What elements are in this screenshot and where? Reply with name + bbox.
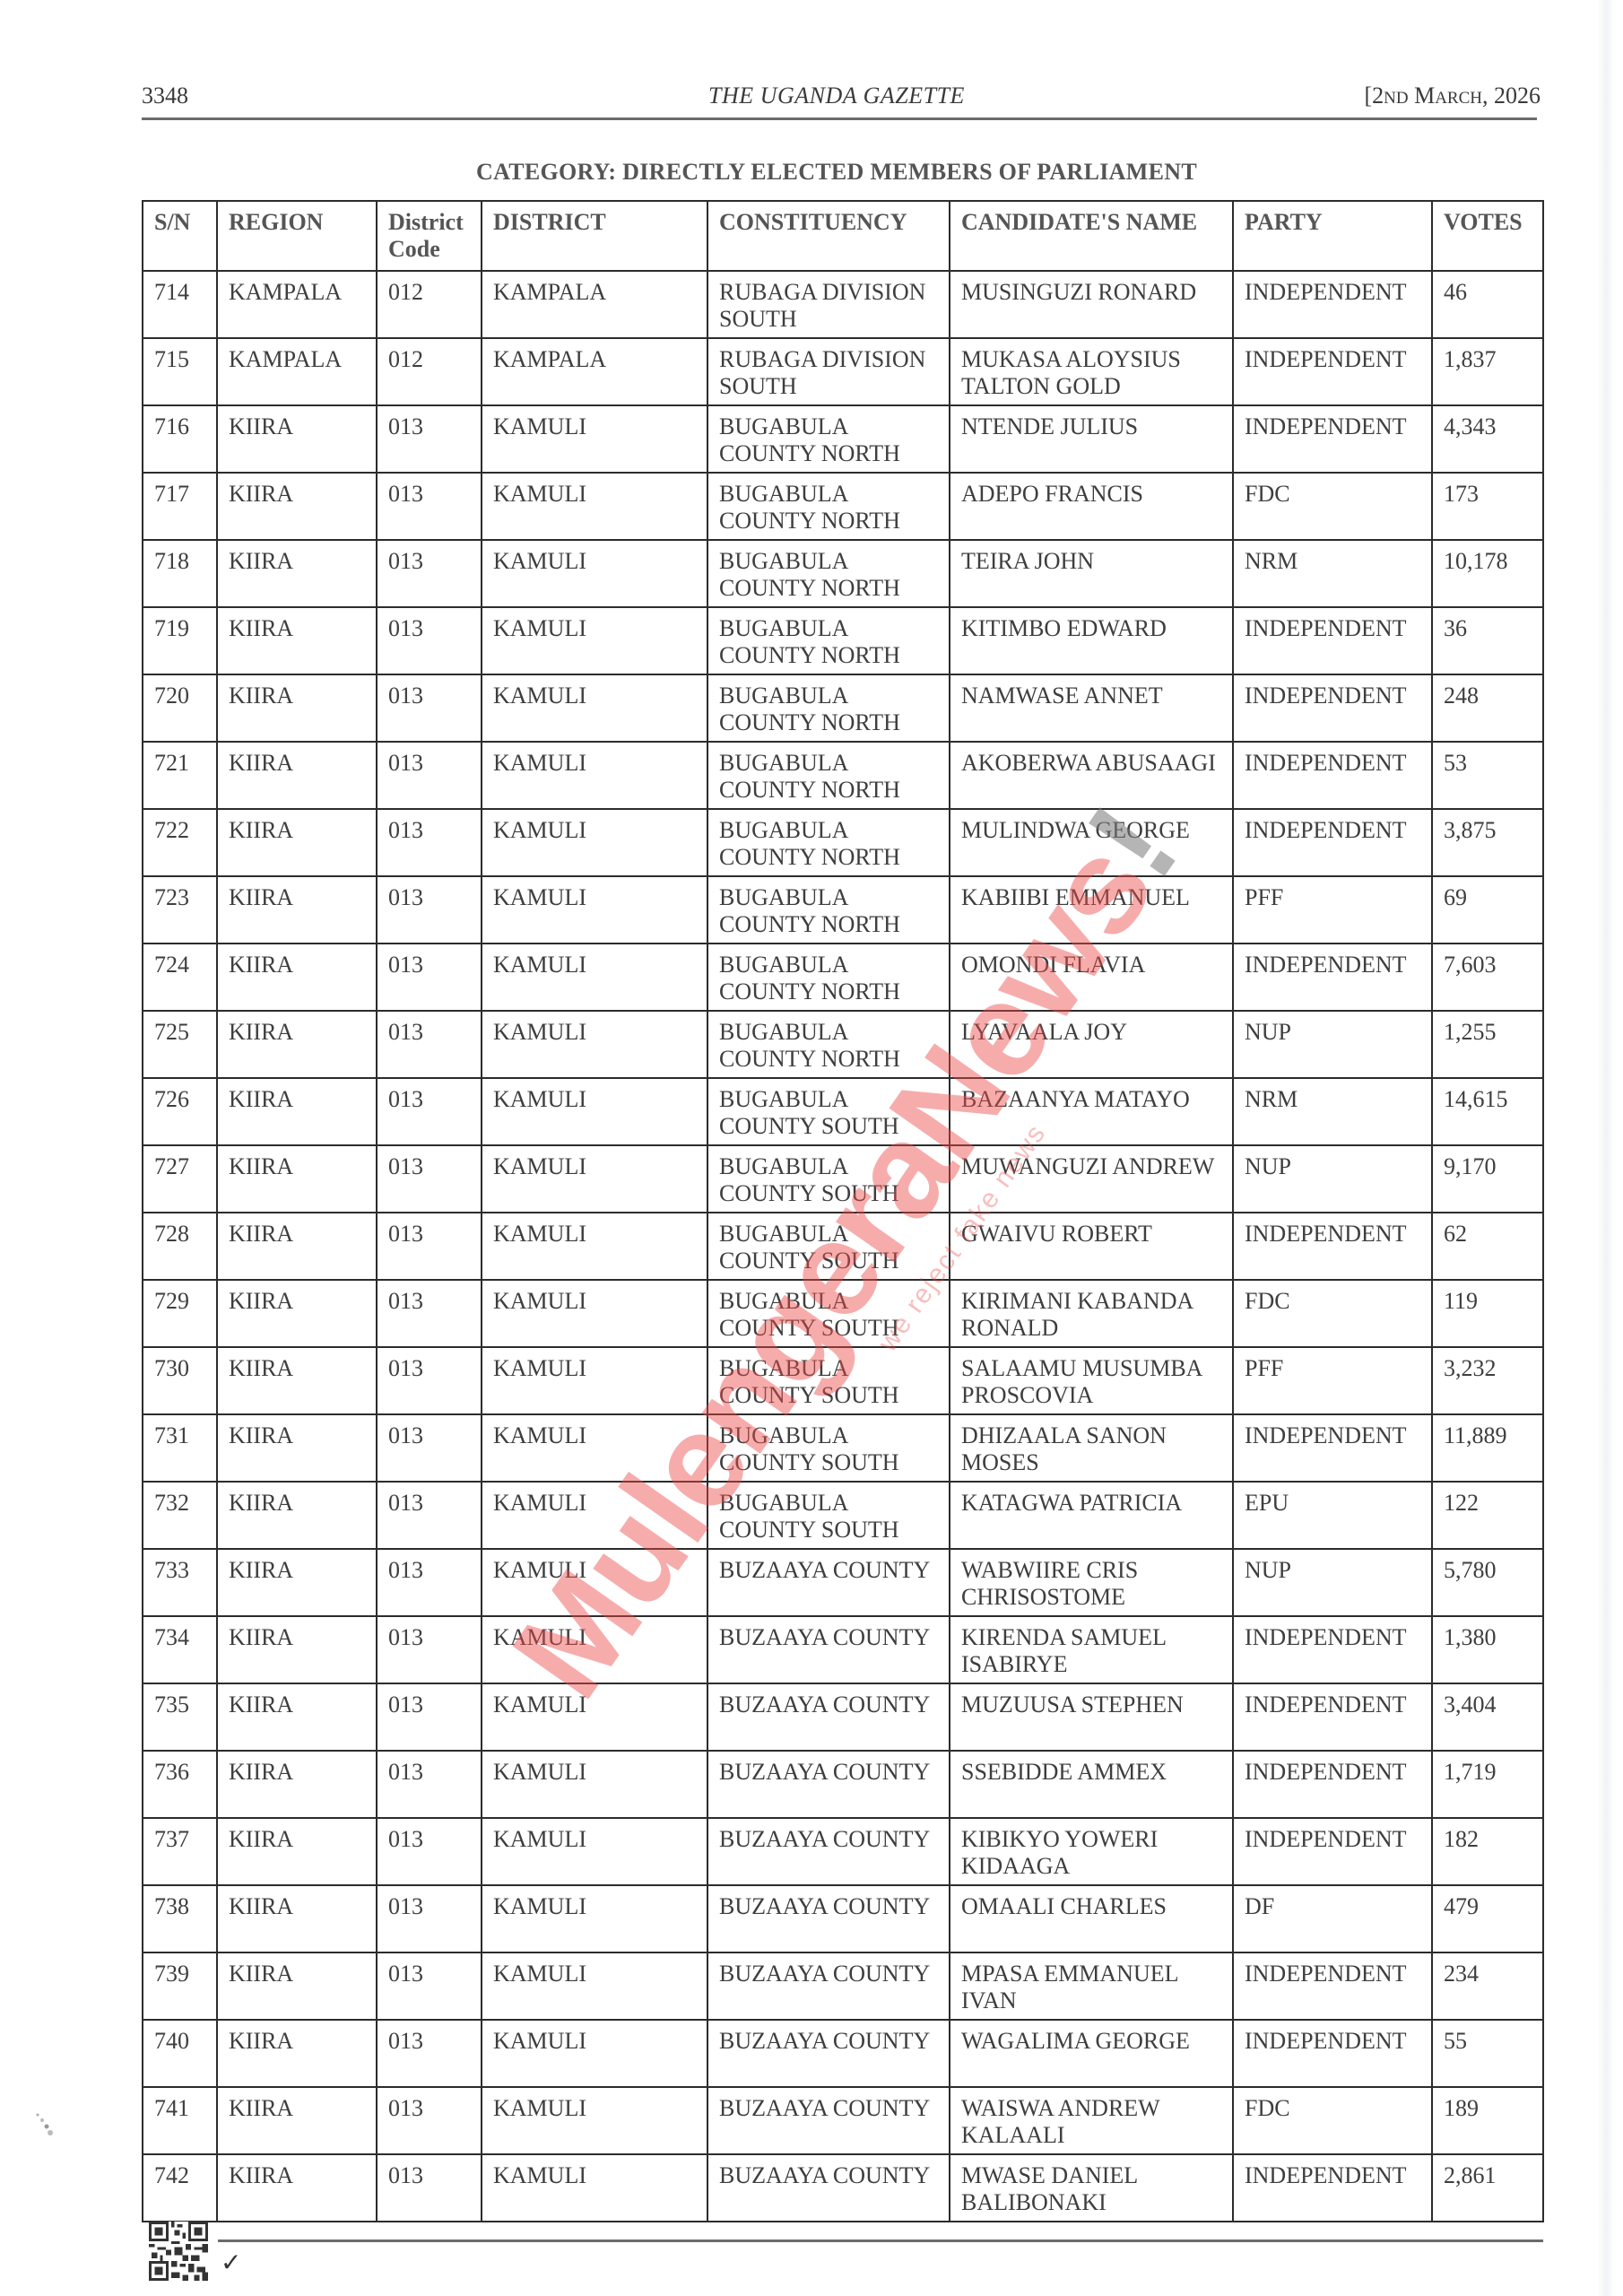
cell-code: 013 (377, 1414, 482, 1482)
cell-candidate: KIRIMANI KABANDA RONALD (950, 1280, 1233, 1347)
cell-constituency: BUZAAYA COUNTY (707, 2087, 950, 2154)
cell-region: KIIRA (217, 405, 377, 473)
table-row: 740KIIRA013KAMULIBUZAAYA COUNTYWAGALIMA … (143, 2020, 1543, 2087)
table-row: 735KIIRA013KAMULIBUZAAYA COUNTYMUZUUSA S… (143, 1683, 1543, 1751)
cell-candidate: NAMWASE ANNET (950, 674, 1233, 742)
cell-party: DF (1233, 1885, 1432, 1952)
col-header-constituency: CONSTITUENCY (707, 201, 950, 271)
cell-sn: 723 (143, 876, 217, 944)
table-row: 716KIIRA013KAMULIBUGABULA COUNTY NORTHNT… (143, 405, 1543, 473)
cell-district: KAMULI (482, 2154, 707, 2222)
cell-district: KAMULI (482, 1885, 707, 1952)
cell-sn: 740 (143, 2020, 217, 2087)
results-table: S/N REGION District Code DISTRICT CONSTI… (142, 200, 1544, 2222)
cell-candidate: WABWIIRE CRIS CHRISOSTOME (950, 1549, 1233, 1616)
cell-constituency: RUBAGA DIVISION SOUTH (707, 271, 950, 338)
cell-constituency: BUGABULA COUNTY NORTH (707, 473, 950, 540)
cell-code: 013 (377, 742, 482, 809)
cell-votes: 5,780 (1432, 1549, 1543, 1616)
col-header-sn: S/N (143, 201, 217, 271)
cell-region: KIIRA (217, 1347, 377, 1414)
cell-constituency: BUGABULA COUNTY SOUTH (707, 1414, 950, 1482)
cell-code: 013 (377, 405, 482, 473)
cell-code: 013 (377, 1280, 482, 1347)
table-header-row: S/N REGION District Code DISTRICT CONSTI… (143, 201, 1543, 271)
cell-sn: 742 (143, 2154, 217, 2222)
cell-votes: 55 (1432, 2020, 1543, 2087)
cell-region: KIIRA (217, 1414, 377, 1482)
cell-constituency: BUGABULA COUNTY SOUTH (707, 1213, 950, 1280)
footer-rule (218, 2239, 1543, 2242)
cell-constituency: BUGABULA COUNTY SOUTH (707, 1347, 950, 1414)
cell-constituency: BUGABULA COUNTY NORTH (707, 809, 950, 876)
cell-sn: 724 (143, 944, 217, 1011)
table-row: 738KIIRA013KAMULIBUZAAYA COUNTYOMAALI CH… (143, 1885, 1543, 1952)
col-header-candidate: CANDIDATE'S NAME (950, 201, 1233, 271)
cell-candidate: KABIIBI EMMANUEL (950, 876, 1233, 944)
cell-party: INDEPENDENT (1233, 809, 1432, 876)
cell-votes: 62 (1432, 1213, 1543, 1280)
table-row: 715KAMPALA012KAMPALARUBAGA DIVISION SOUT… (143, 338, 1543, 405)
cell-region: KAMPALA (217, 338, 377, 405)
cell-district: KAMULI (482, 1011, 707, 1078)
table-row: 730KIIRA013KAMULIBUGABULA COUNTY SOUTHSA… (143, 1347, 1543, 1414)
cell-candidate: BAZAANYA MATAYO (950, 1078, 1233, 1145)
cell-sn: 718 (143, 540, 217, 607)
cell-candidate: WAISWA ANDREW KALAALI (950, 2087, 1233, 2154)
cell-constituency: BUGABULA COUNTY NORTH (707, 1011, 950, 1078)
cell-votes: 248 (1432, 674, 1543, 742)
cell-district: KAMULI (482, 809, 707, 876)
cell-region: KIIRA (217, 473, 377, 540)
cell-region: KIIRA (217, 540, 377, 607)
cell-sn: 728 (143, 1213, 217, 1280)
cell-code: 013 (377, 1616, 482, 1683)
col-header-votes: VOTES (1432, 201, 1543, 271)
cell-code: 013 (377, 1213, 482, 1280)
cell-party: INDEPENDENT (1233, 2154, 1432, 2222)
table-row: 741KIIRA013KAMULIBUZAAYA COUNTYWAISWA AN… (143, 2087, 1543, 2154)
cell-sn: 720 (143, 674, 217, 742)
table-row: 736KIIRA013KAMULIBUZAAYA COUNTYSSEBIDDE … (143, 1751, 1543, 1818)
checkmark-icon: ✓ (221, 2248, 241, 2278)
cell-party: INDEPENDENT (1233, 1616, 1432, 1683)
table-row: 727KIIRA013KAMULIBUGABULA COUNTY SOUTHMU… (143, 1145, 1543, 1213)
cell-district: KAMULI (482, 1818, 707, 1885)
cell-votes: 189 (1432, 2087, 1543, 2154)
cell-sn: 730 (143, 1347, 217, 1414)
qr-code-icon (149, 2222, 208, 2281)
cell-district: KAMULI (482, 1952, 707, 2020)
cell-district: KAMULI (482, 405, 707, 473)
cell-district: KAMULI (482, 1347, 707, 1414)
table-row: 728KIIRA013KAMULIBUGABULA COUNTY SOUTHGW… (143, 1213, 1543, 1280)
cell-party: INDEPENDENT (1233, 674, 1432, 742)
cell-code: 013 (377, 1011, 482, 1078)
cell-region: KIIRA (217, 1145, 377, 1213)
cell-district: KAMULI (482, 1078, 707, 1145)
cell-sn: 722 (143, 809, 217, 876)
cell-sn: 734 (143, 1616, 217, 1683)
cell-party: INDEPENDENT (1233, 944, 1432, 1011)
cell-votes: 11,889 (1432, 1414, 1543, 1482)
cell-votes: 10,178 (1432, 540, 1543, 607)
cell-district: KAMULI (482, 1213, 707, 1280)
cell-region: KIIRA (217, 944, 377, 1011)
cell-votes: 9,170 (1432, 1145, 1543, 1213)
cell-district: KAMULI (482, 540, 707, 607)
cell-party: INDEPENDENT (1233, 742, 1432, 809)
cell-candidate: KIBIKYO YOWERI KIDAAGA (950, 1818, 1233, 1885)
cell-candidate: SALAAMU MUSUMBA PROSCOVIA (950, 1347, 1233, 1414)
cell-district: KAMULI (482, 742, 707, 809)
cell-district: KAMULI (482, 473, 707, 540)
cell-candidate: LYAVAALA JOY (950, 1011, 1233, 1078)
table-row: 733KIIRA013KAMULIBUZAAYA COUNTYWABWIIRE … (143, 1549, 1543, 1616)
cell-code: 013 (377, 1347, 482, 1414)
cell-votes: 1,255 (1432, 1011, 1543, 1078)
cell-candidate: MULINDWA GEORGE (950, 809, 1233, 876)
cell-party: FDC (1233, 2087, 1432, 2154)
cell-party: INDEPENDENT (1233, 1952, 1432, 2020)
cell-code: 013 (377, 1952, 482, 2020)
cell-candidate: ADEPO FRANCIS (950, 473, 1233, 540)
cell-candidate: MUWANGUZI ANDREW (950, 1145, 1233, 1213)
cell-constituency: BUGABULA COUNTY NORTH (707, 876, 950, 944)
table-row: 720KIIRA013KAMULIBUGABULA COUNTY NORTHNA… (143, 674, 1543, 742)
cell-votes: 1,380 (1432, 1616, 1543, 1683)
cell-region: KIIRA (217, 1549, 377, 1616)
cell-region: KIIRA (217, 1616, 377, 1683)
cell-candidate: WAGALIMA GEORGE (950, 2020, 1233, 2087)
cell-district: KAMULI (482, 876, 707, 944)
cell-constituency: BUGABULA COUNTY SOUTH (707, 1482, 950, 1549)
cell-constituency: BUGABULA COUNTY SOUTH (707, 1078, 950, 1145)
cell-sn: 735 (143, 1683, 217, 1751)
table-row: 725KIIRA013KAMULIBUGABULA COUNTY NORTHLY… (143, 1011, 1543, 1078)
cell-region: KIIRA (217, 876, 377, 944)
cell-constituency: BUGABULA COUNTY NORTH (707, 405, 950, 473)
cell-candidate: TEIRA JOHN (950, 540, 1233, 607)
cell-code: 013 (377, 473, 482, 540)
cell-sn: 729 (143, 1280, 217, 1347)
cell-party: INDEPENDENT (1233, 405, 1432, 473)
col-header-region: REGION (217, 201, 377, 271)
cell-code: 013 (377, 1751, 482, 1818)
cell-district: KAMULI (482, 1414, 707, 1482)
cell-constituency: BUGABULA COUNTY SOUTH (707, 1145, 950, 1213)
cell-party: INDEPENDENT (1233, 1683, 1432, 1751)
col-header-party: PARTY (1233, 201, 1432, 271)
cell-region: KIIRA (217, 1952, 377, 2020)
cell-candidate: MUKASA ALOYSIUS TALTON GOLD (950, 338, 1233, 405)
cell-constituency: BUGABULA COUNTY NORTH (707, 540, 950, 607)
cell-votes: 69 (1432, 876, 1543, 944)
cell-constituency: RUBAGA DIVISION SOUTH (707, 338, 950, 405)
cell-party: INDEPENDENT (1233, 607, 1432, 674)
cell-votes: 3,404 (1432, 1683, 1543, 1751)
cell-votes: 53 (1432, 742, 1543, 809)
cell-candidate: KITIMBO EDWARD (950, 607, 1233, 674)
cell-candidate: OMONDI FLAVIA (950, 944, 1233, 1011)
cell-district: KAMULI (482, 2087, 707, 2154)
cell-candidate: KIRENDA SAMUEL ISABIRYE (950, 1616, 1233, 1683)
cell-district: KAMULI (482, 1683, 707, 1751)
cell-constituency: BUZAAYA COUNTY (707, 2154, 950, 2222)
cell-constituency: BUZAAYA COUNTY (707, 1818, 950, 1885)
cell-votes: 479 (1432, 1885, 1543, 1952)
cell-candidate: MUSINGUZI RONARD (950, 271, 1233, 338)
cell-sn: 716 (143, 405, 217, 473)
cell-candidate: AKOBERWA ABUSAAGI (950, 742, 1233, 809)
table-row: 742KIIRA013KAMULIBUZAAYA COUNTYMWASE DAN… (143, 2154, 1543, 2222)
cell-votes: 234 (1432, 1952, 1543, 2020)
cell-code: 013 (377, 1078, 482, 1145)
cell-region: KIIRA (217, 809, 377, 876)
cell-code: 013 (377, 540, 482, 607)
cell-district: KAMULI (482, 607, 707, 674)
cell-party: PFF (1233, 876, 1432, 944)
cell-constituency: BUZAAYA COUNTY (707, 1751, 950, 1818)
table-row: 732KIIRA013KAMULIBUGABULA COUNTY SOUTHKA… (143, 1482, 1543, 1549)
cell-constituency: BUGABULA COUNTY NORTH (707, 944, 950, 1011)
cell-party: NRM (1233, 540, 1432, 607)
table-row: 723KIIRA013KAMULIBUGABULA COUNTY NORTHKA… (143, 876, 1543, 944)
cell-code: 013 (377, 2087, 482, 2154)
issue-date: [2ND MARCH, 2026 (1364, 83, 1541, 112)
cell-region: KIIRA (217, 674, 377, 742)
cell-party: INDEPENDENT (1233, 1818, 1432, 1885)
cell-votes: 3,875 (1432, 809, 1543, 876)
table-row: 726KIIRA013KAMULIBUGABULA COUNTY SOUTHBA… (143, 1078, 1543, 1145)
cell-code: 013 (377, 1549, 482, 1616)
cell-region: KIIRA (217, 2020, 377, 2087)
cell-party: NUP (1233, 1549, 1432, 1616)
table-row: 731KIIRA013KAMULIBUGABULA COUNTY SOUTHDH… (143, 1414, 1543, 1482)
cell-district: KAMULI (482, 1482, 707, 1549)
cell-district: KAMULI (482, 2020, 707, 2087)
cell-region: KIIRA (217, 1280, 377, 1347)
cell-party: INDEPENDENT (1233, 2020, 1432, 2087)
cell-region: KIIRA (217, 1885, 377, 1952)
cell-region: KIIRA (217, 607, 377, 674)
cell-party: NRM (1233, 1078, 1432, 1145)
cell-party: FDC (1233, 1280, 1432, 1347)
cell-sn: 731 (143, 1414, 217, 1482)
cell-constituency: BUGABULA COUNTY NORTH (707, 607, 950, 674)
cell-sn: 738 (143, 1885, 217, 1952)
cell-party: PFF (1233, 1347, 1432, 1414)
cell-party: INDEPENDENT (1233, 271, 1432, 338)
table-row: 717KIIRA013KAMULIBUGABULA COUNTY NORTHAD… (143, 473, 1543, 540)
table-row: 722KIIRA013KAMULIBUGABULA COUNTY NORTHMU… (143, 809, 1543, 876)
cell-code: 013 (377, 1818, 482, 1885)
cell-region: KIIRA (217, 1213, 377, 1280)
cell-region: KIIRA (217, 2087, 377, 2154)
cell-district: KAMULI (482, 1280, 707, 1347)
cell-region: KAMPALA (217, 271, 377, 338)
scan-page-edge (1598, 0, 1614, 2296)
cell-candidate: SSEBIDDE AMMEX (950, 1751, 1233, 1818)
cell-code: 013 (377, 674, 482, 742)
cell-sn: 737 (143, 1818, 217, 1885)
cell-region: KIIRA (217, 1818, 377, 1885)
cell-sn: 717 (143, 473, 217, 540)
cell-region: KIIRA (217, 1751, 377, 1818)
cell-district: KAMULI (482, 1616, 707, 1683)
cell-district: KAMPALA (482, 338, 707, 405)
cell-code: 013 (377, 1482, 482, 1549)
cell-votes: 4,343 (1432, 405, 1543, 473)
cell-candidate: MPASA EMMANUEL IVAN (950, 1952, 1233, 2020)
cell-party: EPU (1233, 1482, 1432, 1549)
cell-votes: 1,719 (1432, 1751, 1543, 1818)
cell-district: KAMPALA (482, 271, 707, 338)
cell-code: 013 (377, 2020, 482, 2087)
col-header-district-code: District Code (377, 201, 482, 271)
table-row: 719KIIRA013KAMULIBUGABULA COUNTY NORTHKI… (143, 607, 1543, 674)
cell-votes: 7,603 (1432, 944, 1543, 1011)
cell-code: 013 (377, 1885, 482, 1952)
cell-code: 013 (377, 944, 482, 1011)
cell-votes: 119 (1432, 1280, 1543, 1347)
cell-party: INDEPENDENT (1233, 1213, 1432, 1280)
cell-candidate: KATAGWA PATRICIA (950, 1482, 1233, 1549)
cell-sn: 714 (143, 271, 217, 338)
cell-district: KAMULI (482, 1145, 707, 1213)
cell-district: KAMULI (482, 1751, 707, 1818)
cell-sn: 733 (143, 1549, 217, 1616)
cell-code: 013 (377, 1145, 482, 1213)
cell-constituency: BUZAAYA COUNTY (707, 1549, 950, 1616)
cell-code: 013 (377, 607, 482, 674)
cell-candidate: DHIZAALA SANON MOSES (950, 1414, 1233, 1482)
scan-speck (34, 2112, 54, 2137)
cell-votes: 2,861 (1432, 2154, 1543, 2222)
cell-votes: 1,837 (1432, 338, 1543, 405)
cell-party: INDEPENDENT (1233, 1414, 1432, 1482)
cell-sn: 726 (143, 1078, 217, 1145)
table-row: 721KIIRA013KAMULIBUGABULA COUNTY NORTHAK… (143, 742, 1543, 809)
cell-region: KIIRA (217, 1011, 377, 1078)
cell-constituency: BUZAAYA COUNTY (707, 1952, 950, 2020)
cell-votes: 122 (1432, 1482, 1543, 1549)
cell-candidate: OMAALI CHARLES (950, 1885, 1233, 1952)
cell-sn: 736 (143, 1751, 217, 1818)
cell-sn: 715 (143, 338, 217, 405)
cell-region: KIIRA (217, 1078, 377, 1145)
cell-region: KIIRA (217, 1482, 377, 1549)
cell-candidate: MUZUUSA STEPHEN (950, 1683, 1233, 1751)
cell-candidate: MWASE DANIEL BALIBONAKI (950, 2154, 1233, 2222)
cell-sn: 741 (143, 2087, 217, 2154)
cell-code: 013 (377, 1683, 482, 1751)
cell-votes: 173 (1432, 473, 1543, 540)
cell-region: KIIRA (217, 2154, 377, 2222)
table-row: 739KIIRA013KAMULIBUZAAYA COUNTYMPASA EMM… (143, 1952, 1543, 2020)
cell-constituency: BUGABULA COUNTY NORTH (707, 742, 950, 809)
cell-sn: 739 (143, 1952, 217, 2020)
cell-votes: 14,615 (1432, 1078, 1543, 1145)
cell-constituency: BUZAAYA COUNTY (707, 1683, 950, 1751)
table-row: 737KIIRA013KAMULIBUZAAYA COUNTYKIBIKYO Y… (143, 1818, 1543, 1885)
cell-party: NUP (1233, 1011, 1432, 1078)
cell-votes: 182 (1432, 1818, 1543, 1885)
cell-party: FDC (1233, 473, 1432, 540)
cell-party: INDEPENDENT (1233, 338, 1432, 405)
table-row: 729KIIRA013KAMULIBUGABULA COUNTY SOUTHKI… (143, 1280, 1543, 1347)
table-row: 714KAMPALA012KAMPALARUBAGA DIVISION SOUT… (143, 271, 1543, 338)
cell-code: 013 (377, 2154, 482, 2222)
table-row: 718KIIRA013KAMULIBUGABULA COUNTY NORTHTE… (143, 540, 1543, 607)
category-title: CATEGORY: DIRECTLY ELECTED MEMBERS OF PA… (0, 159, 1623, 186)
cell-district: KAMULI (482, 674, 707, 742)
cell-votes: 46 (1432, 271, 1543, 338)
cell-constituency: BUZAAYA COUNTY (707, 1885, 950, 1952)
cell-constituency: BUZAAYA COUNTY (707, 1616, 950, 1683)
cell-district: KAMULI (482, 944, 707, 1011)
cell-votes: 3,232 (1432, 1347, 1543, 1414)
cell-code: 012 (377, 338, 482, 405)
cell-constituency: BUGABULA COUNTY SOUTH (707, 1280, 950, 1347)
cell-code: 013 (377, 809, 482, 876)
cell-sn: 719 (143, 607, 217, 674)
cell-candidate: GWAIVU ROBERT (950, 1213, 1233, 1280)
cell-sn: 727 (143, 1145, 217, 1213)
cell-sn: 732 (143, 1482, 217, 1549)
cell-constituency: BUGABULA COUNTY NORTH (707, 674, 950, 742)
cell-party: NUP (1233, 1145, 1432, 1213)
cell-constituency: BUZAAYA COUNTY (707, 2020, 950, 2087)
cell-code: 012 (377, 271, 482, 338)
cell-code: 013 (377, 876, 482, 944)
cell-region: KIIRA (217, 742, 377, 809)
header-rule (142, 117, 1537, 120)
table-row: 724KIIRA013KAMULIBUGABULA COUNTY NORTHOM… (143, 944, 1543, 1011)
cell-votes: 36 (1432, 607, 1543, 674)
cell-party: INDEPENDENT (1233, 1751, 1432, 1818)
col-header-district: DISTRICT (482, 201, 707, 271)
cell-sn: 725 (143, 1011, 217, 1078)
cell-region: KIIRA (217, 1683, 377, 1751)
cell-sn: 721 (143, 742, 217, 809)
cell-candidate: NTENDE JULIUS (950, 405, 1233, 473)
table-row: 734KIIRA013KAMULIBUZAAYA COUNTYKIRENDA S… (143, 1616, 1543, 1683)
cell-district: KAMULI (482, 1549, 707, 1616)
